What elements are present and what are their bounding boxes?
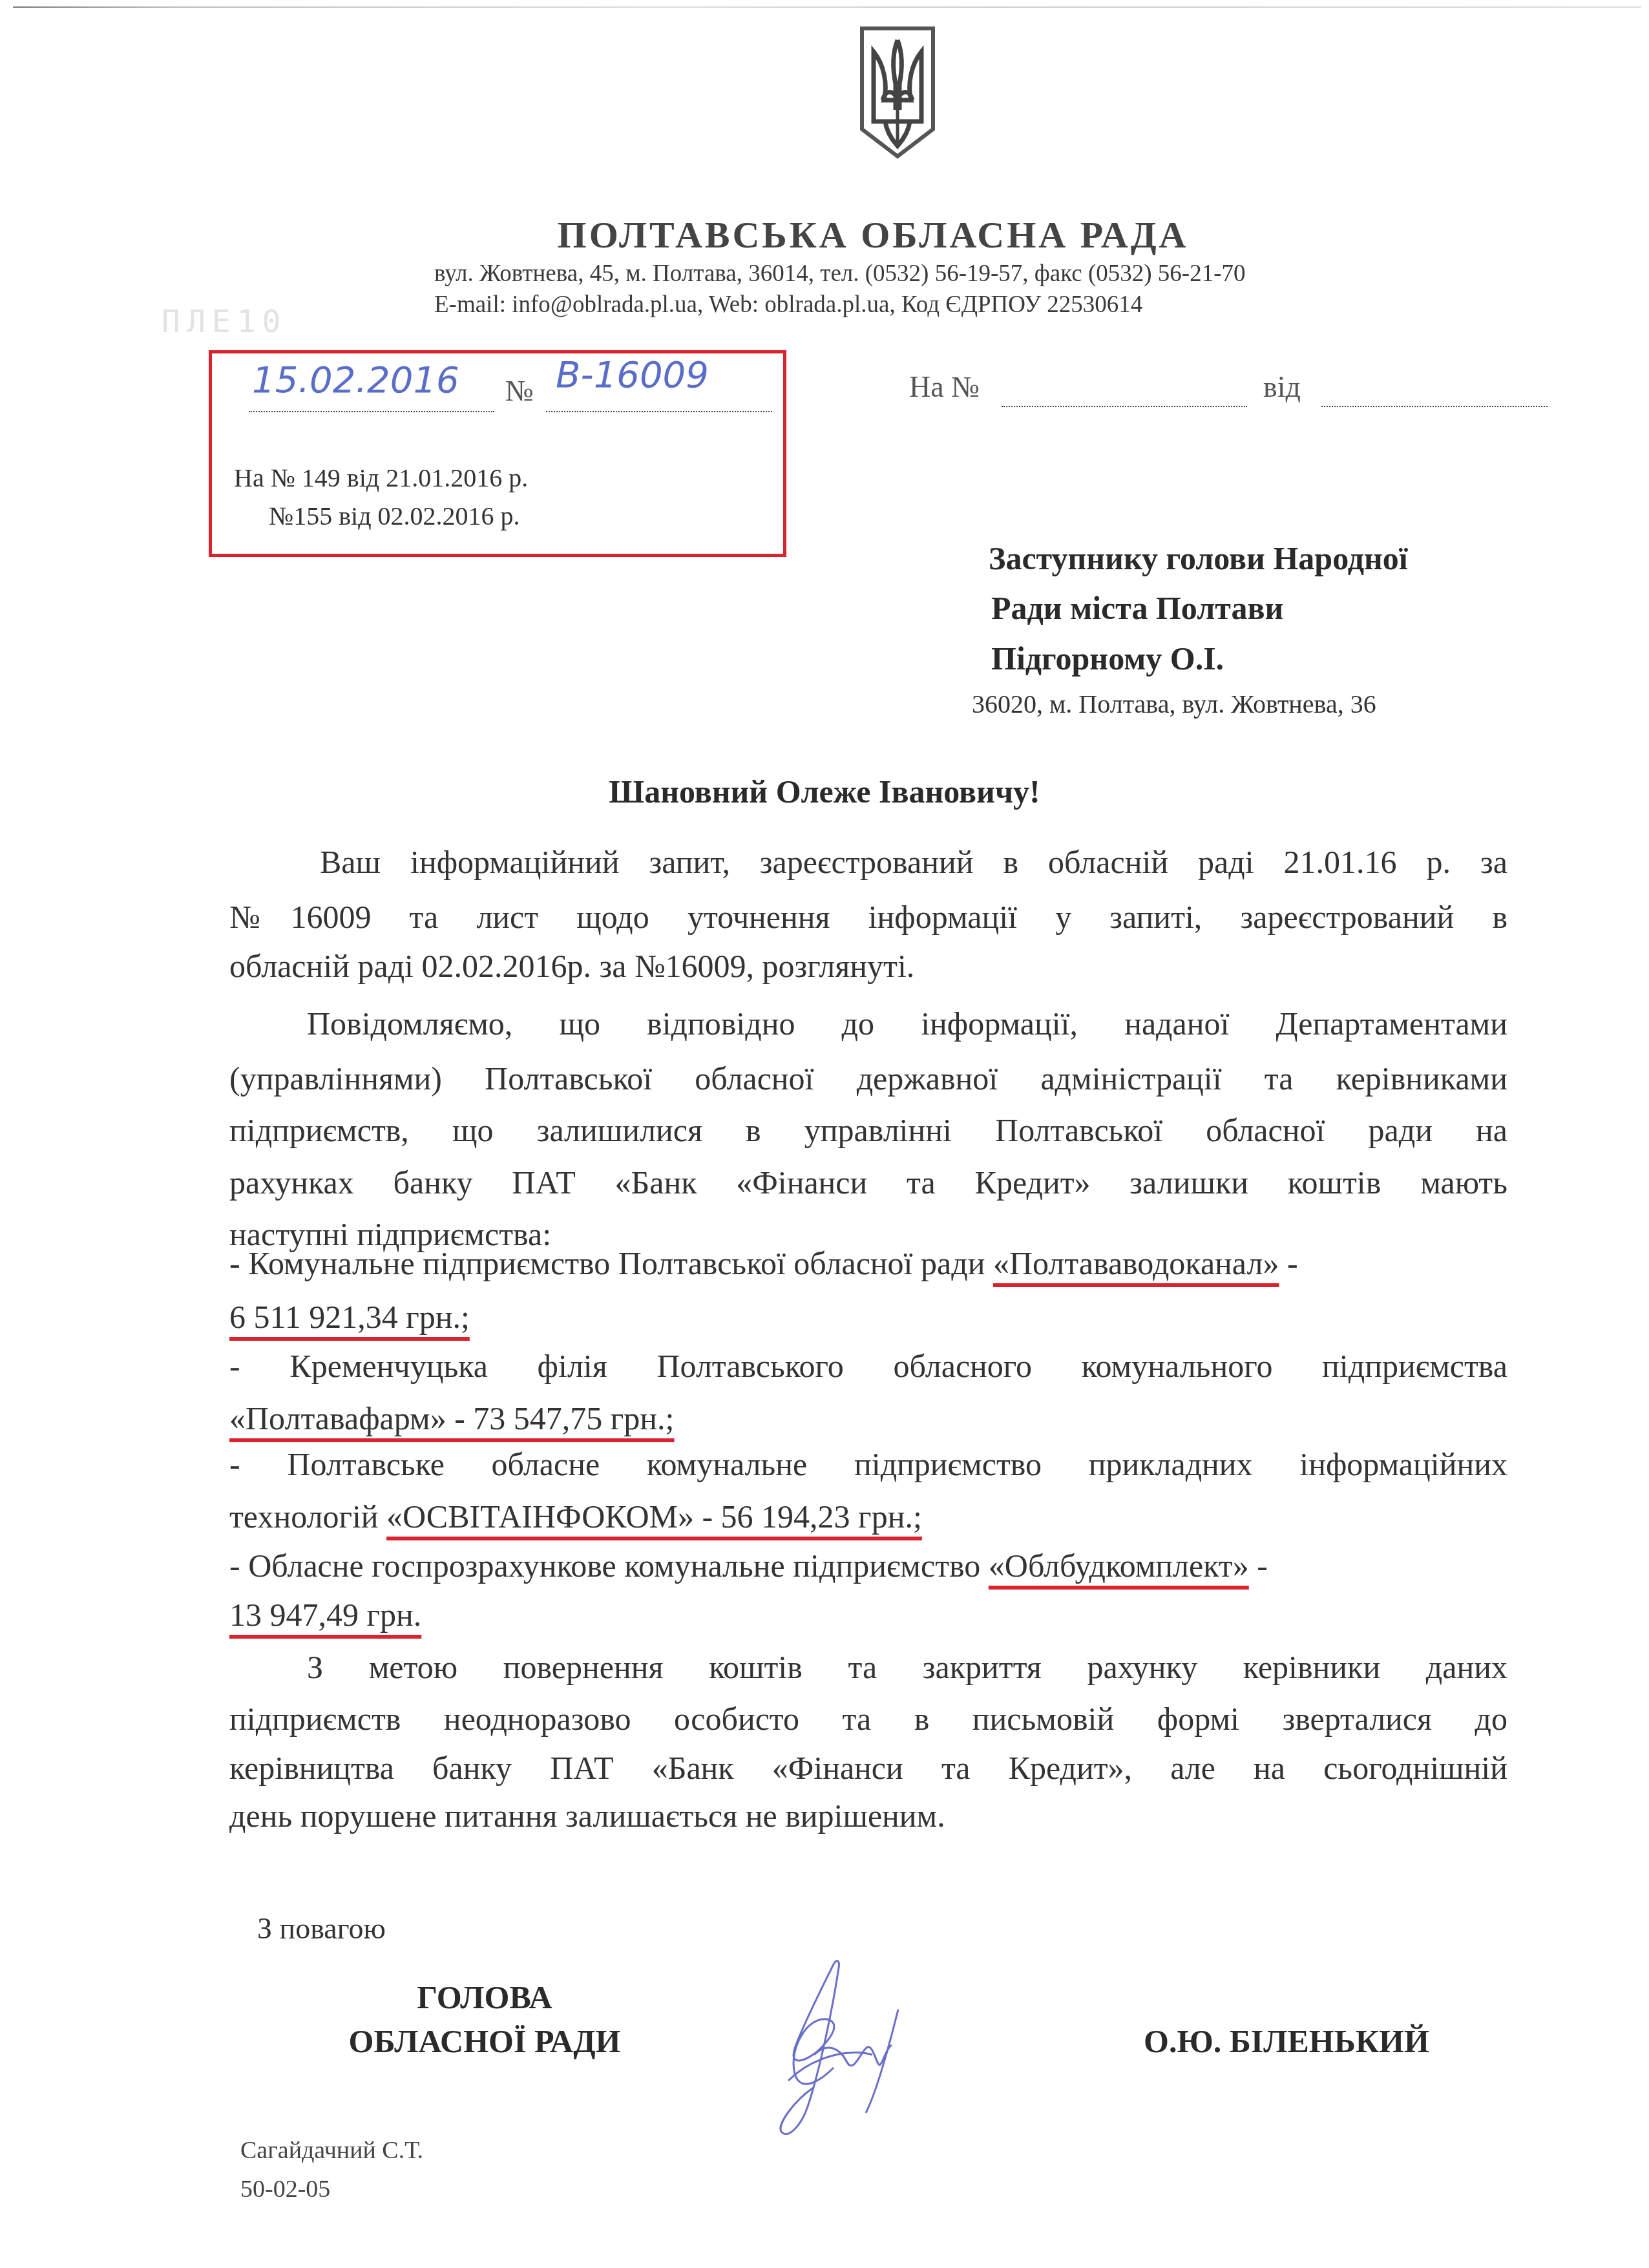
item-4-line-2: 13 947,49 грн. (229, 1596, 1507, 1633)
greeting: Шановний Олеже Івановичу! (0, 773, 1649, 810)
registration-date: 15.02.2016 (252, 359, 459, 401)
position-line-2: ОБЛАСНОЇ РАДИ (304, 2022, 666, 2060)
number-underline (546, 411, 772, 412)
organization-contacts: E-mail: info@oblrada.pl.ua, Web: oblrada… (434, 291, 1142, 319)
item-4-line-1: - Обласне госпрозрахункове комунальне пі… (229, 1547, 1507, 1584)
reply-from-label: від (1263, 370, 1301, 404)
para2-line-2: (управліннями) Полтавської обласної держ… (229, 1060, 1507, 1097)
para2-line-1: Повідомляємо, що відповідно до інформаці… (307, 1005, 1507, 1042)
item-1-dash: - (1279, 1245, 1297, 1281)
para3-line-3: керівництва банку ПАТ «Банк «Фінанси та … (229, 1749, 1507, 1787)
reference-2: №155 від 02.02.2016 р. (269, 501, 520, 531)
item-1-line-2: 6 511 921,34 грн.; (229, 1298, 1507, 1336)
recipient-line-3: Підгорному О.І. (991, 640, 1224, 677)
signatory-name: О.Ю. БІЛЕНЬКИЙ (1144, 2022, 1429, 2060)
para2-line-4: рахунках банку ПАТ «Банк «Фінанси та Кре… (229, 1164, 1507, 1201)
item-1-line-1: - Комунальне підприємство Полтавської об… (229, 1244, 1507, 1282)
item-3-line-2: технологій «ОСВІТАІНФОКОМ» - 56 194,23 г… (229, 1498, 1507, 1535)
date-underline (249, 411, 494, 412)
executor-name: Сагайдачний С.Т. (240, 2136, 423, 2165)
position-line-1: ГОЛОВА (304, 1979, 666, 2016)
ukraine-trident-icon (859, 26, 936, 159)
organization-address: вул. Жовтнева, 45, м. Полтава, 36014, те… (434, 260, 1245, 288)
item-4-amount: 13 947,49 грн. (229, 1597, 421, 1633)
item-2-name-amount: «Полтавафарм» - 73 547,75 грн.; (229, 1400, 674, 1436)
handwritten-signature-icon (743, 1951, 950, 2145)
scan-edge-line (13, 6, 1641, 8)
faint-stamp-mark: ПЛЕ10 (162, 304, 288, 340)
para2-line-3: підприємств, що залишилися в управлінні … (229, 1111, 1507, 1149)
number-label: № (505, 373, 534, 408)
recipient-address: 36020, м. Полтава, вул. Жовтнева, 36 (972, 689, 1376, 719)
item-2-line-1: - Кременчуцька філія Полтавського обласн… (229, 1347, 1507, 1385)
registration-number: В-16009 (556, 354, 709, 396)
reference-1: На № 149 від 21.01.2016 р. (234, 463, 528, 493)
para1-line-3: обласній раді 02.02.2016р. за №16009, ро… (229, 947, 1507, 985)
item-4-description: - Обласне госпрозрахункове комунальне пі… (229, 1548, 989, 1584)
item-4-name: «Облбудкомплект» (989, 1548, 1249, 1584)
item-1-amount: 6 511 921,34 грн.; (229, 1299, 470, 1335)
organization-title: ПОЛТАВСЬКА ОБЛАСНА РАДА (0, 213, 1649, 257)
item-1-description: - Комунальне підприємство Полтавської об… (229, 1245, 993, 1281)
para3-line-1: З метою повернення коштів та закриття ра… (307, 1648, 1507, 1686)
para3-line-4: день порушене питання залишається не вир… (229, 1797, 1507, 1834)
closing-regards: З повагою (257, 1911, 386, 1946)
recipient-line-2: Ради міста Полтави (991, 589, 1283, 627)
reply-date-field[interactable] (1321, 406, 1548, 407)
executor-phone: 50-02-05 (240, 2175, 330, 2203)
item-3-line-1: - Полтавське обласне комунальне підприєм… (229, 1445, 1507, 1483)
item-1-name: «Полтававодоканал» (993, 1245, 1279, 1281)
reply-number-field[interactable] (1002, 406, 1247, 407)
item-2-line-2: «Полтавафарм» - 73 547,75 грн.; (229, 1400, 1507, 1437)
reply-number-label: На № (909, 370, 980, 404)
recipient-line-1: Заступнику голови Народної (989, 540, 1408, 577)
para1-line-2: №16009 та лист щодо уточнення інформації… (229, 898, 1507, 936)
para1-line-1: Ваш інформаційний запит, зареєстрований … (320, 843, 1507, 881)
item-4-dash: - (1249, 1548, 1268, 1584)
item-3-name-amount: «ОСВІТАІНФОКОМ» - 56 194,23 грн.; (386, 1498, 922, 1535)
item-3-description: технологій (229, 1498, 386, 1535)
para3-line-2: підприємств неодноразово особисто та в п… (229, 1700, 1507, 1738)
